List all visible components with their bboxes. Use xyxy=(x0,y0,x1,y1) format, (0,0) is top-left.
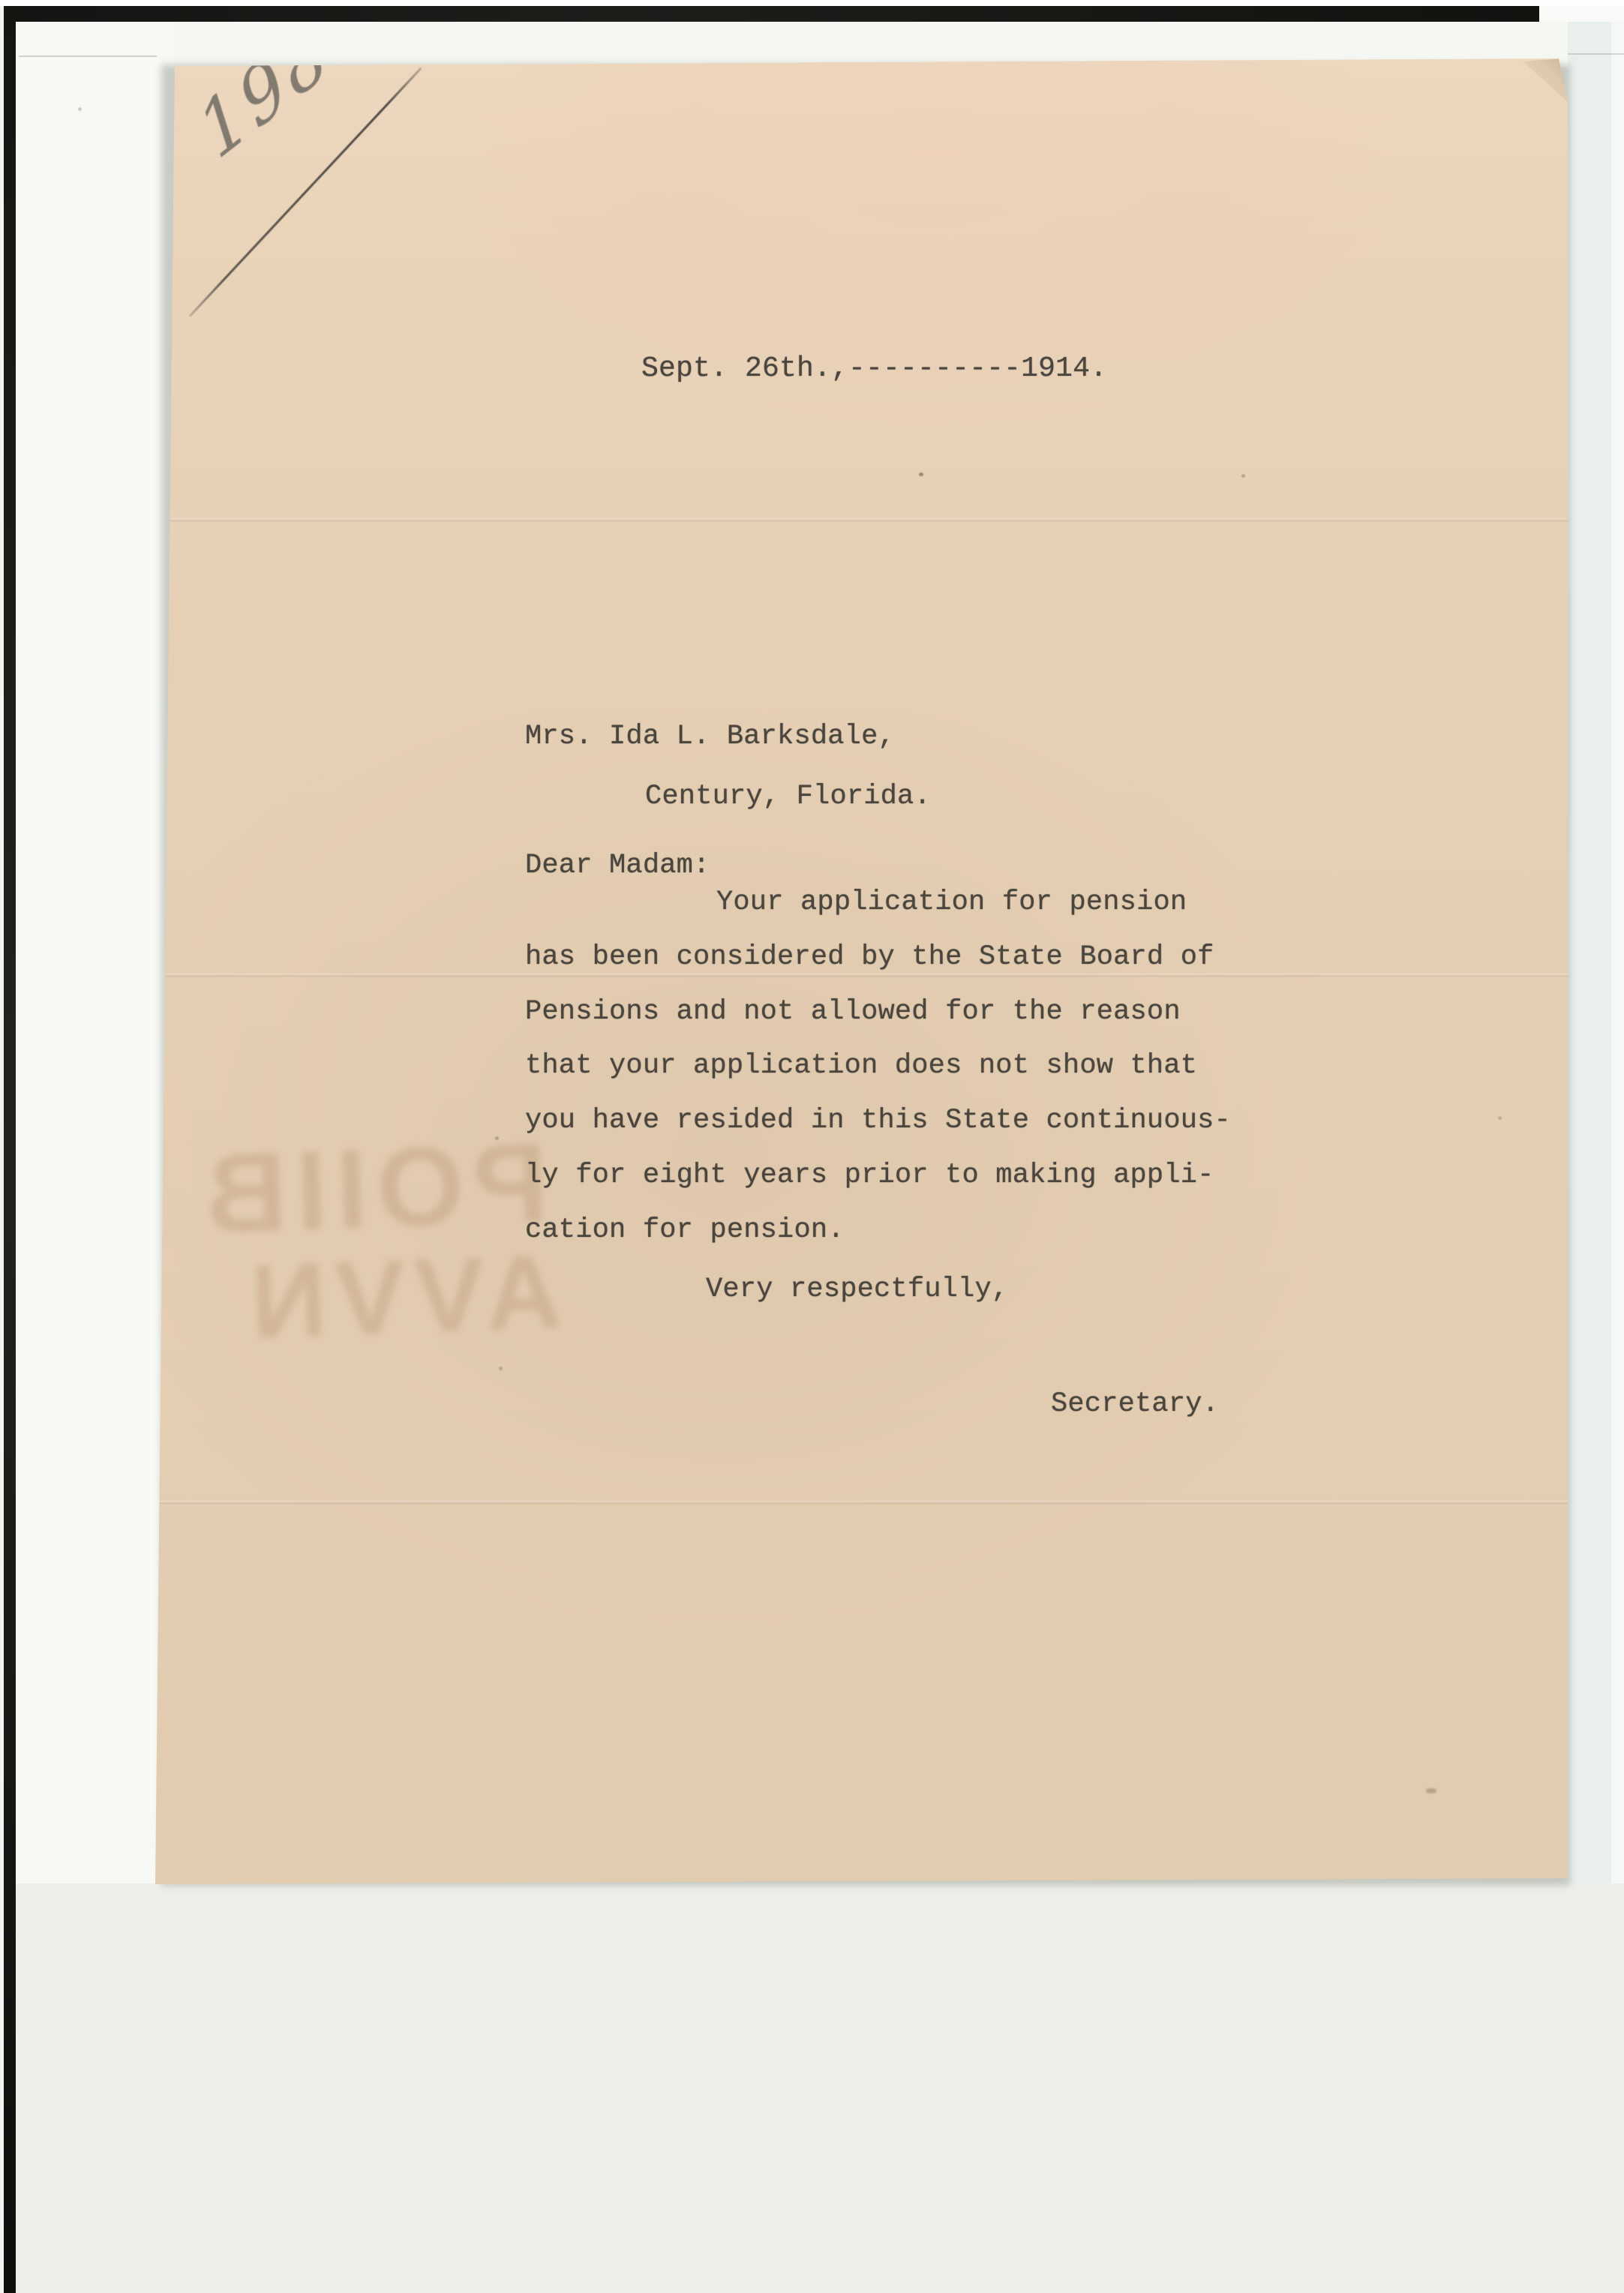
bleedthrough-ghost-text-row2: AVVN xyxy=(239,1231,563,1364)
scanned-letter-page: 19891 POIIB AVVN Sept. 26th.,----------1… xyxy=(0,0,1624,2293)
body-line: that your application does not show that xyxy=(525,1050,1197,1082)
paper-speck xyxy=(495,1136,499,1140)
recipient-name: Mrs. Ida L. Barksdale, xyxy=(525,721,895,752)
paper-speck xyxy=(919,473,923,476)
margin-speck xyxy=(78,107,82,111)
scan-right-edge-strip xyxy=(1611,22,1624,1883)
scan-left-margin xyxy=(16,22,175,1883)
letter-paper: 19891 POIIB AVVN Sept. 26th.,----------1… xyxy=(155,59,1568,1884)
paper-speck xyxy=(1241,474,1245,478)
paper-smudge xyxy=(1426,1788,1436,1793)
scan-top-right-gap xyxy=(1539,6,1624,22)
salutation: Dear Madam: xyxy=(525,850,710,881)
signature-line: Secretary. xyxy=(1051,1388,1219,1420)
fold-crease-middle xyxy=(155,974,1568,977)
scan-top-black-edge xyxy=(0,6,1539,22)
body-line: Pensions and not allowed for the reason xyxy=(525,996,1181,1028)
date-line: Sept. 26th.,----------1914. xyxy=(641,353,1107,385)
backing-board-edge-right xyxy=(1568,53,1624,55)
fold-crease-top xyxy=(155,518,1568,521)
closing-line: Very respectfully, xyxy=(706,1274,1008,1305)
scan-left-black-edge xyxy=(4,6,16,2293)
fold-crease-bottom xyxy=(155,1501,1568,1504)
body-line: has been considered by the State Board o… xyxy=(525,941,1214,973)
body-line: Your application for pension xyxy=(716,887,1187,918)
paper-speck xyxy=(1498,1116,1502,1120)
body-line: cation for pension. xyxy=(525,1214,845,1246)
backing-board-edge-left xyxy=(19,56,157,57)
body-line: ly for eight years prior to making appli… xyxy=(525,1160,1214,1191)
body-line: you have resided in this State continuou… xyxy=(525,1105,1231,1136)
recipient-address: Century, Florida. xyxy=(645,781,931,812)
paper-speck xyxy=(499,1367,503,1370)
